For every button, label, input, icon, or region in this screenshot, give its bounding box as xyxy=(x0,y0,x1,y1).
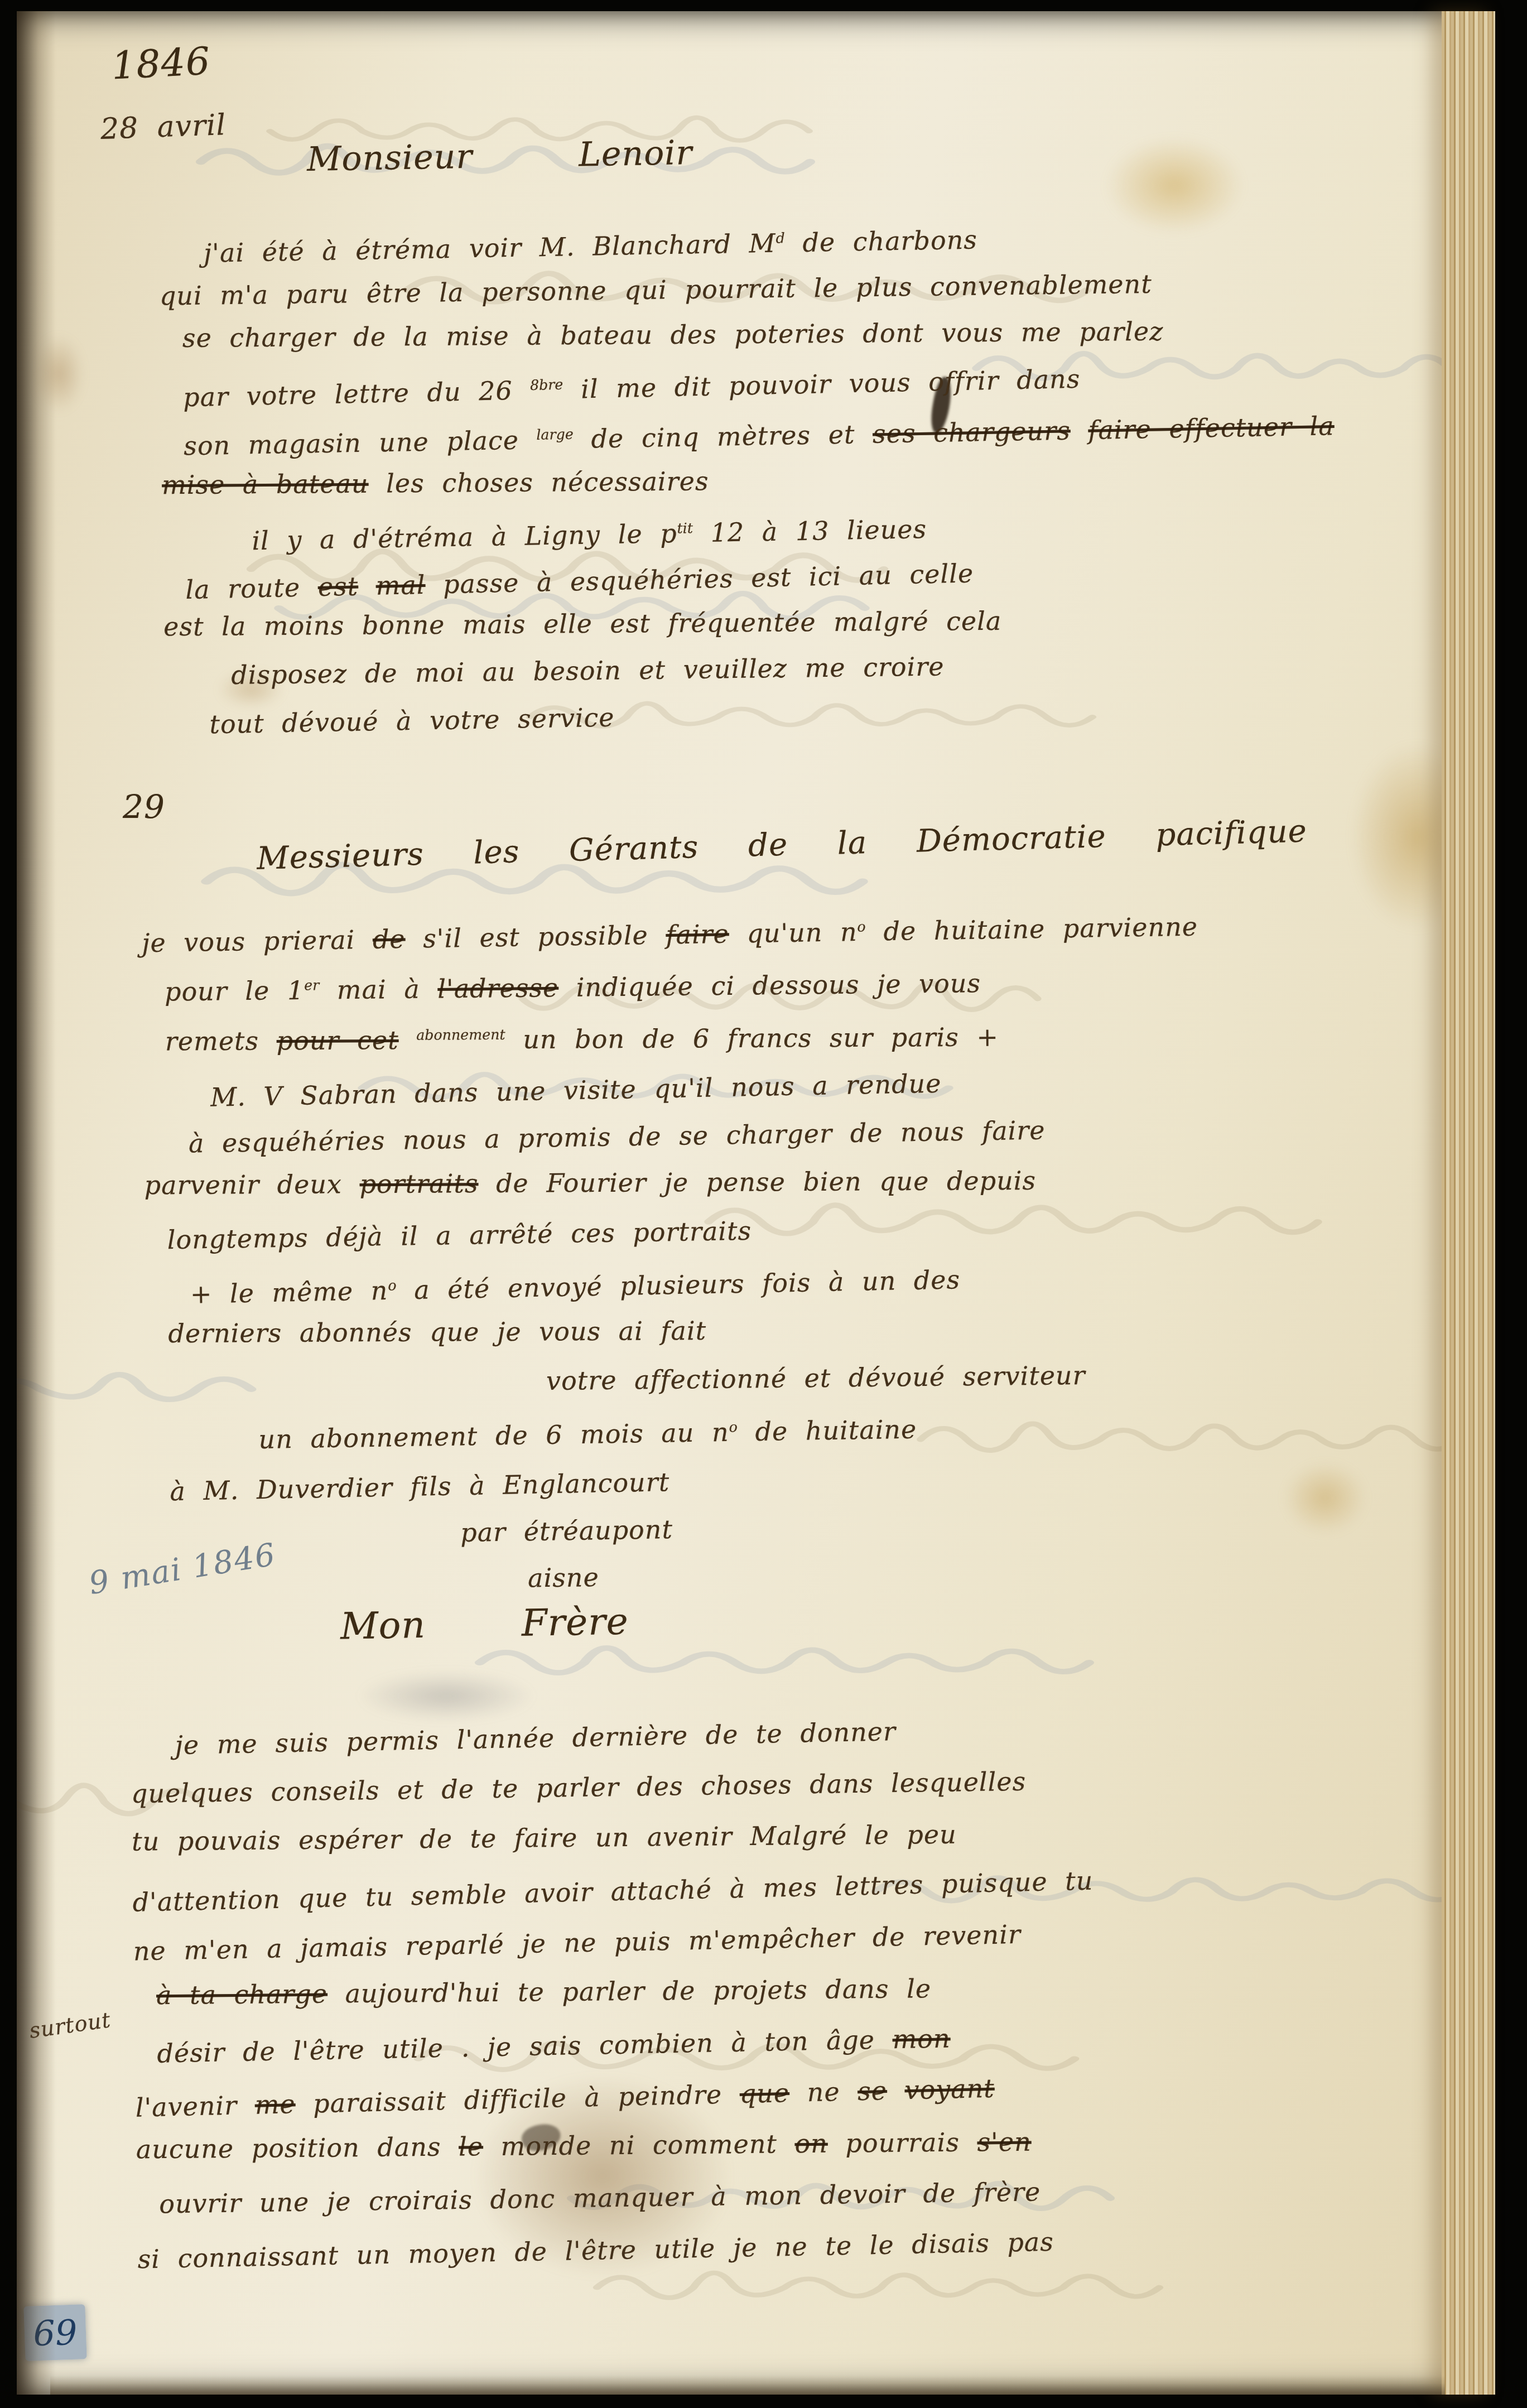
letter3-salutation: Mon Frère xyxy=(340,1600,629,1648)
letter1-date-margin: 28 avril xyxy=(100,108,227,146)
page-block-edge xyxy=(1442,11,1495,2395)
letter2-margin-number: 29 xyxy=(123,788,165,826)
letter1-body: j'ai été à étréma voir M. Blanchard Md d… xyxy=(158,207,1487,745)
letter2-salutation: Messieurs les Gérants de la Démocratie p… xyxy=(256,813,1307,876)
manuscript-page: 1846 28 avril Monsieur Lenoir j'ai été à… xyxy=(17,11,1495,2395)
letter3-body: je me suis permis l'année dernière de te… xyxy=(130,1698,1499,2281)
letter1-salutation: Monsieur Lenoir xyxy=(306,133,692,179)
page-bottom-edge xyxy=(50,2376,1445,2395)
letter2-body: je vous prierai de s'il est possible fai… xyxy=(142,897,1488,1606)
book-binding-edge xyxy=(17,11,56,2395)
manuscript-line: derniers abonnés que je vous ai fait xyxy=(146,1303,1485,1358)
manuscript-line: est la moins bonne mais elle est fréquen… xyxy=(163,595,1486,650)
year-heading: 1846 xyxy=(110,39,211,88)
